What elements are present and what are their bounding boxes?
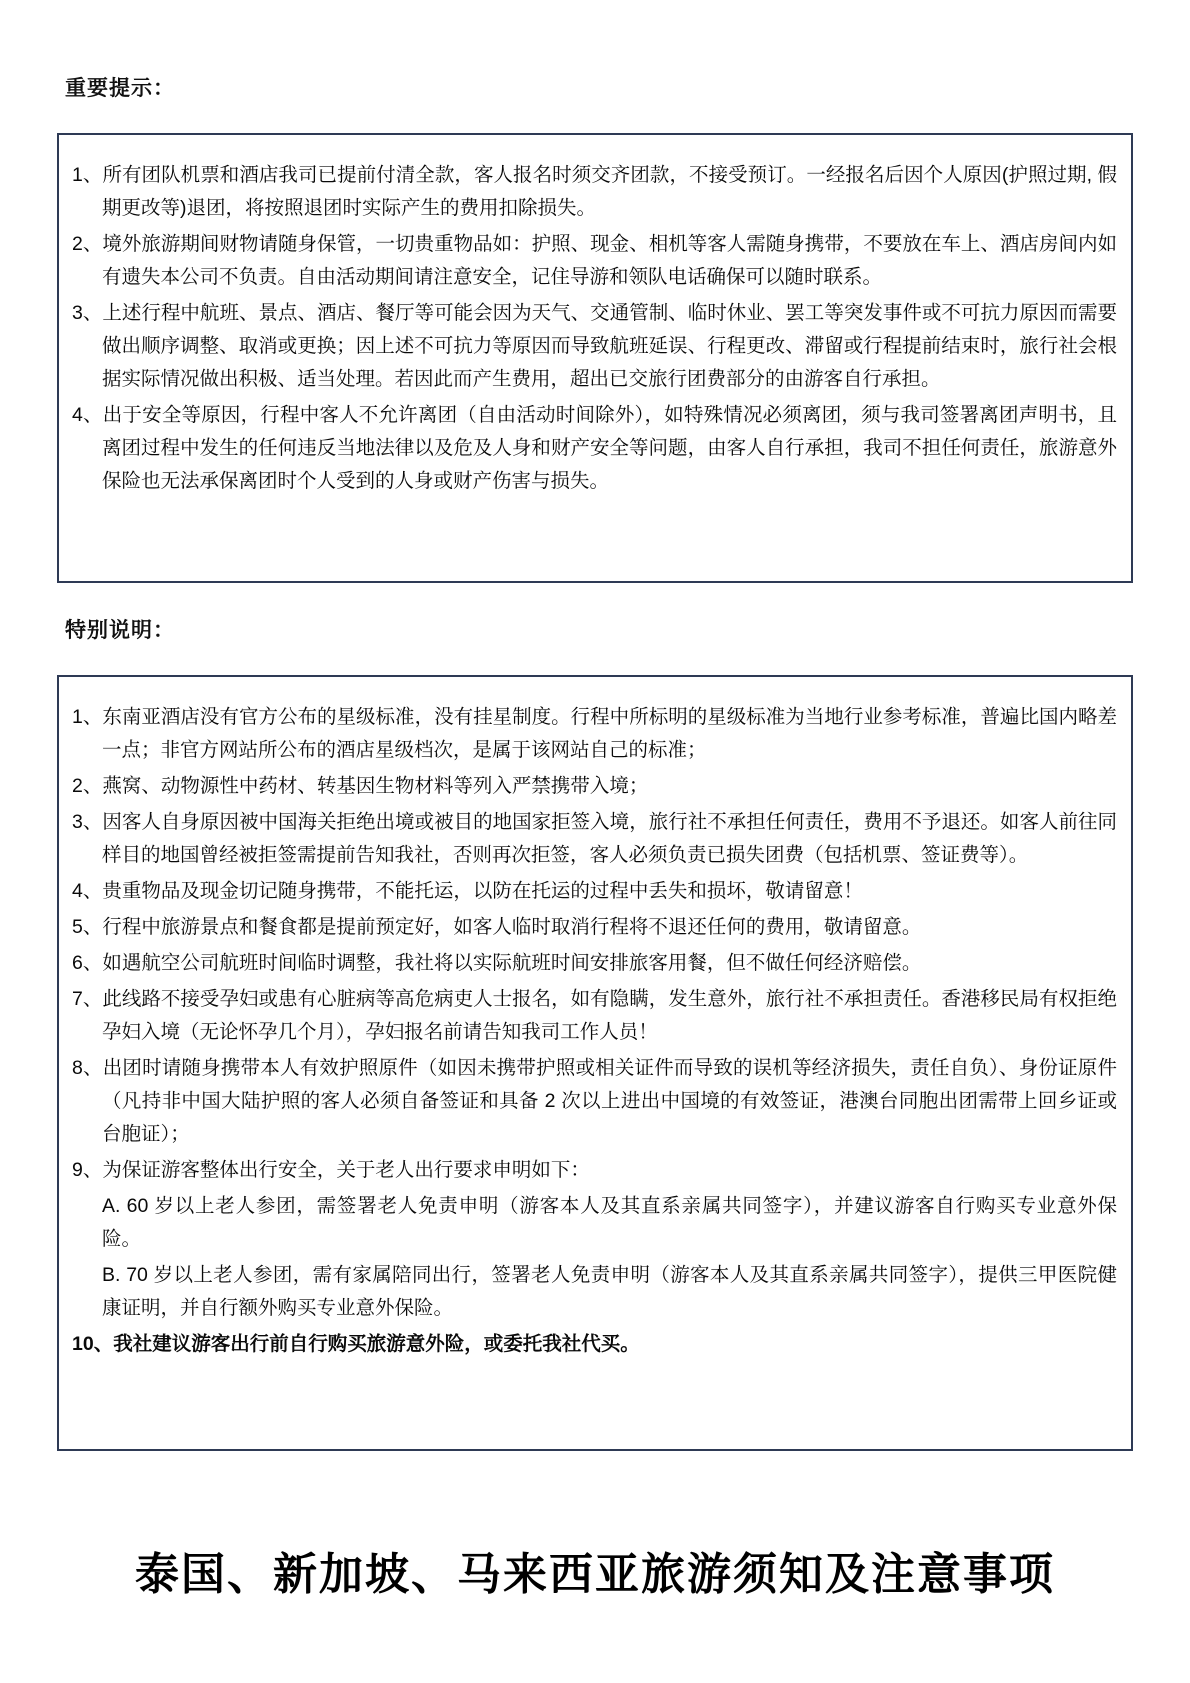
special-item-9a: A. 60 岁以上老人参团，需签署老人免责申明（游客本人及其直系亲属共同签字），… — [102, 1190, 1117, 1256]
special-item-6: 6、如遇航空公司航班时间临时调整，我社将以实际航班时间安排旅客用餐，但不做任何经… — [72, 947, 1117, 980]
travel-notice-document: 重要提示： 1、所有团队机票和酒店我司已提前付清全款，客人报名时须交齐团款，不接… — [0, 0, 1190, 1683]
special-item-4: 4、贵重物品及现金切记随身携带，不能托运，以防在托运的过程中丢失和损坏，敬请留意… — [72, 875, 1117, 908]
special-item-5: 5、行程中旅游景点和餐食都是提前预定好，如客人临时取消行程将不退还任何的费用，敬… — [72, 911, 1117, 944]
special-item-9: 9、为保证游客整体出行安全，关于老人出行要求申明如下： — [72, 1154, 1117, 1187]
special-item-1: 1、东南亚酒店没有官方公布的星级标准，没有挂星制度。行程中所标明的星级标准为当地… — [72, 701, 1117, 767]
important-notice-heading: 重要提示： — [65, 72, 175, 102]
special-item-7: 7、此线路不接受孕妇或患有心脏病等高危病吏人士报名，如有隐瞒，发生意外，旅行社不… — [72, 983, 1117, 1049]
special-item-9b: B. 70 岁以上老人参团，需有家属陪同出行，签署老人免责申明（游客本人及其直系… — [102, 1259, 1117, 1325]
special-item-8: 8、出团时请随身携带本人有效护照原件（如因未携带护照或相关证件而导致的误机等经济… — [72, 1052, 1117, 1151]
special-notes-heading: 特别说明： — [65, 614, 175, 644]
important-item-4: 4、出于安全等原因，行程中客人不允许离团（自由活动时间除外），如特殊情况必须离团… — [72, 399, 1117, 498]
special-item-10: 10、我社建议游客出行前自行购买旅游意外险，或委托我社代买。 — [72, 1328, 1117, 1361]
important-item-2: 2、境外旅游期间财物请随身保管，一切贵重物品如：护照、现金、相机等客人需随身携带… — [72, 228, 1117, 294]
special-item-2: 2、燕窝、动物源性中药材、转基因生物材料等列入严禁携带入境； — [72, 770, 1117, 803]
special-item-3: 3、因客人自身原因被中国海关拒绝出境或被目的地国家拒签入境，旅行社不承担任何责任… — [72, 806, 1117, 872]
important-notice-box: 1、所有团队机票和酒店我司已提前付清全款，客人报名时须交齐团款，不接受预订。一经… — [57, 133, 1133, 583]
page-title: 泰国、新加坡、马来西亚旅游须知及注意事项 — [0, 1538, 1190, 1602]
special-notes-box: 1、东南亚酒店没有官方公布的星级标准，没有挂星制度。行程中所标明的星级标准为当地… — [57, 675, 1133, 1451]
important-item-3: 3、上述行程中航班、景点、酒店、餐厅等可能会因为天气、交通管制、临时休业、罢工等… — [72, 297, 1117, 396]
important-item-1: 1、所有团队机票和酒店我司已提前付清全款，客人报名时须交齐团款，不接受预订。一经… — [72, 159, 1117, 225]
